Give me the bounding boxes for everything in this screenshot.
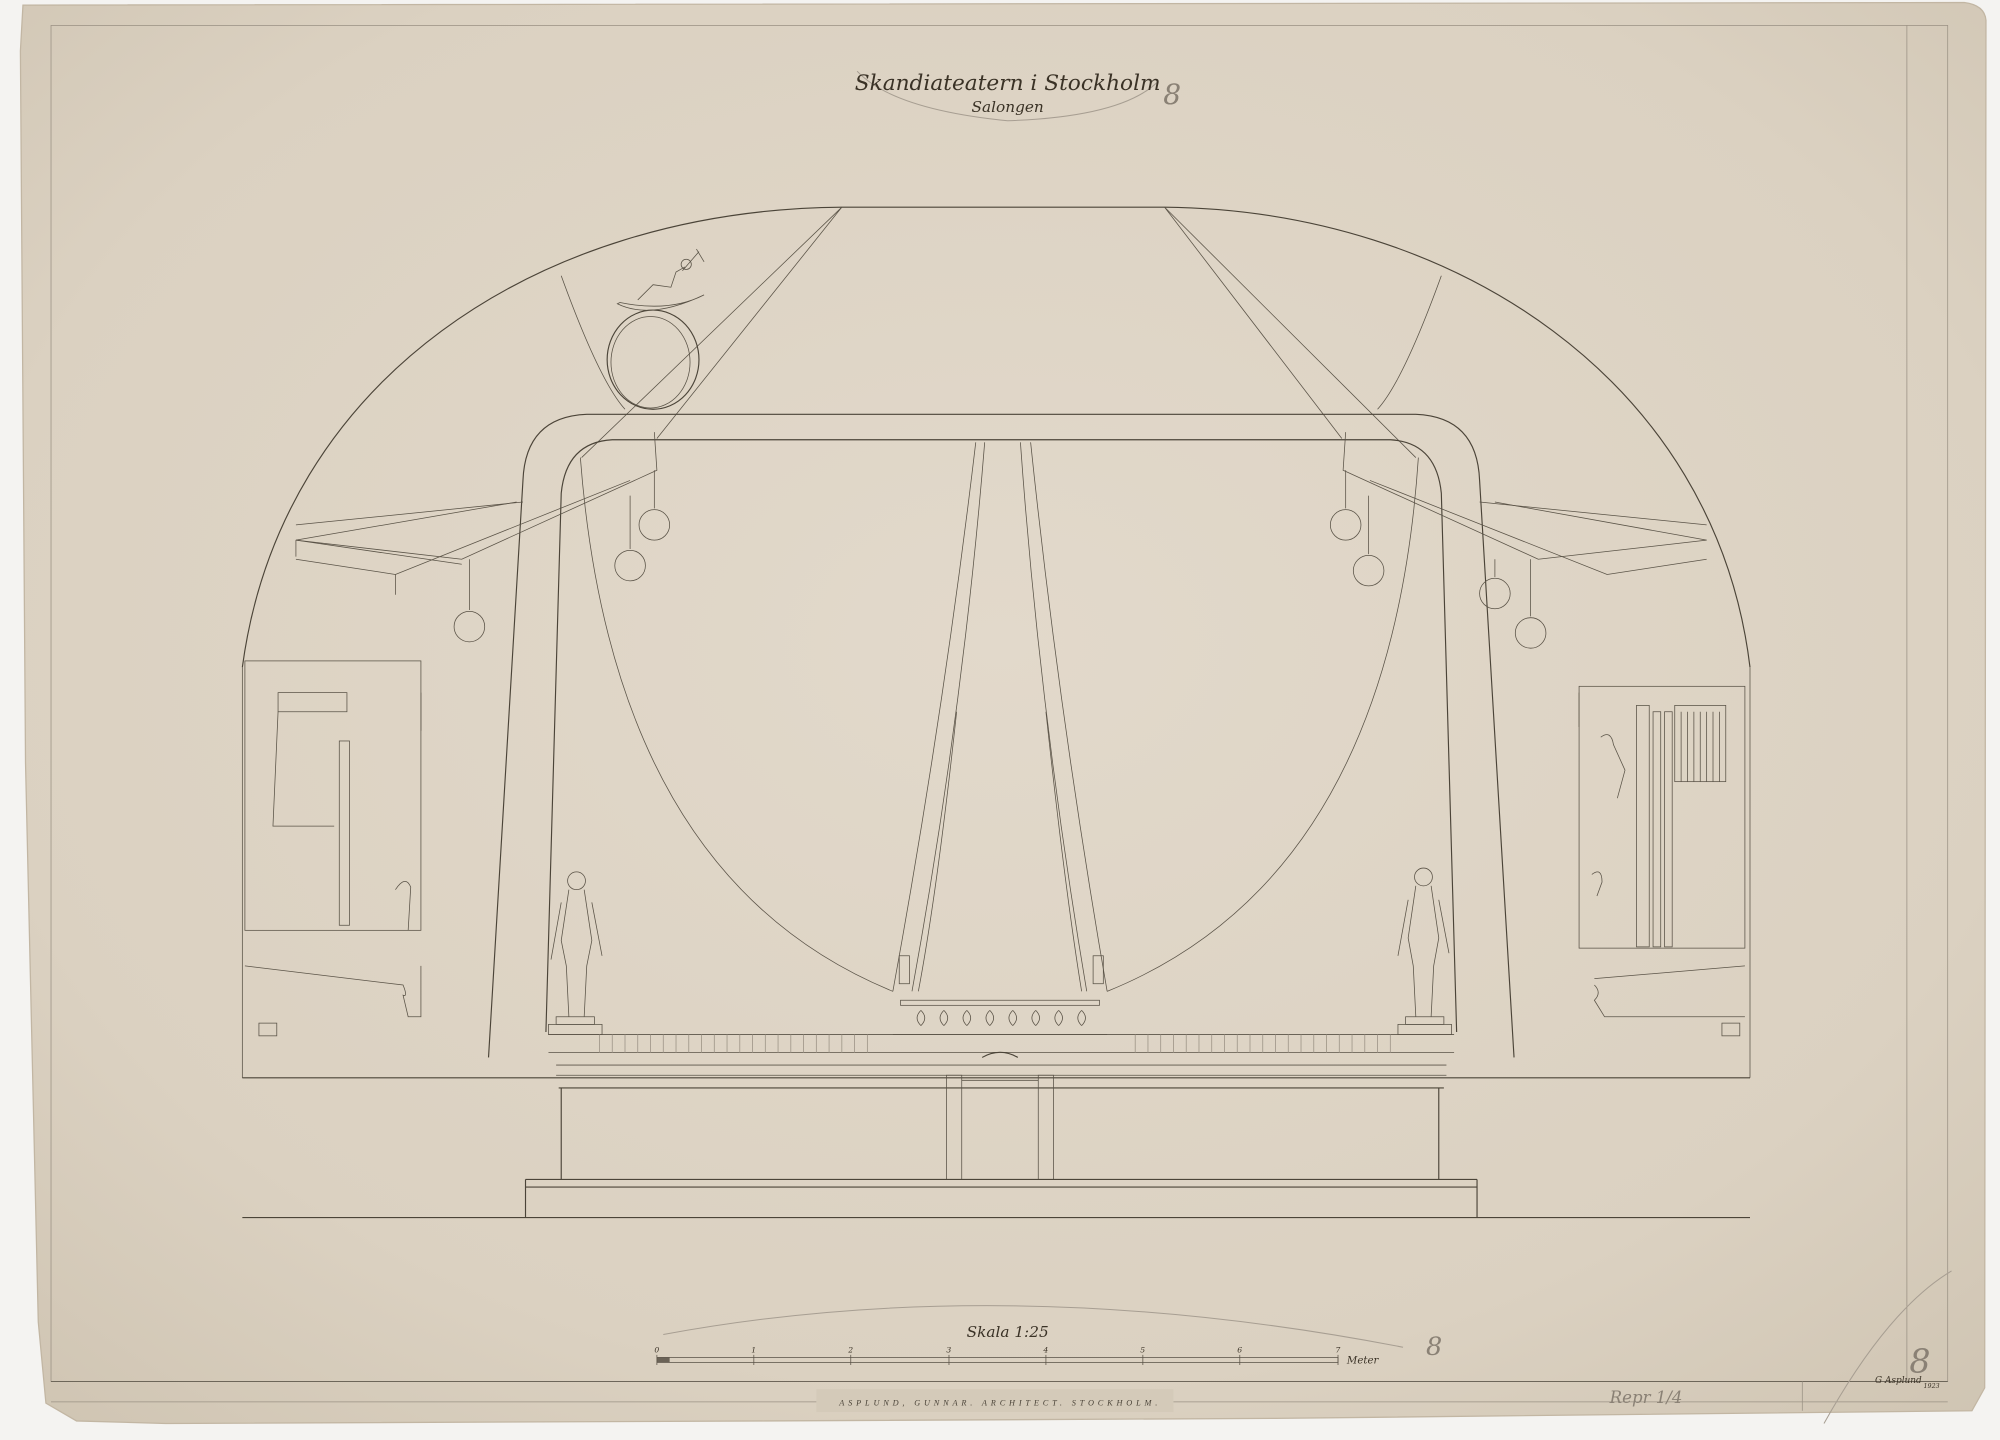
drawing-sheet: Skandiateatern i Stockholm Salongen 8 [0,0,2000,1440]
scale-tick-7: 7 [1335,1345,1340,1354]
scale-tick-6: 6 [1237,1345,1242,1354]
drawing-subtitle: Salongen [972,98,1044,116]
scale-unit: Meter [1346,1356,1380,1367]
title-annotation: 8 [1163,78,1181,111]
repr-note: Repr 1/4 [1609,1388,1683,1407]
scale-tick-5: 5 [1140,1345,1145,1354]
scale-tick-0: 0 [654,1345,659,1354]
pencil-mark-right: 8 [1909,1342,1930,1381]
signature-year: 1923 [1923,1382,1939,1390]
drawing-title: Skandiateatern i Stockholm [855,71,1161,96]
paper-sheet [20,3,1986,1424]
architect-stamp: ASPLUND, GUNNAR. ARCHITECT. STOCKHOLM. [838,1399,1161,1408]
scale-tick-3: 3 [946,1345,951,1354]
scale-tick-2: 2 [847,1345,853,1354]
pencil-mark-center: 8 [1426,1332,1442,1362]
scale-tick-4: 4 [1042,1345,1048,1354]
signature: G Asplund [1875,1376,1922,1386]
scale-tick-1: 1 [751,1345,756,1354]
scale-label: Skala 1:25 [967,1323,1049,1341]
